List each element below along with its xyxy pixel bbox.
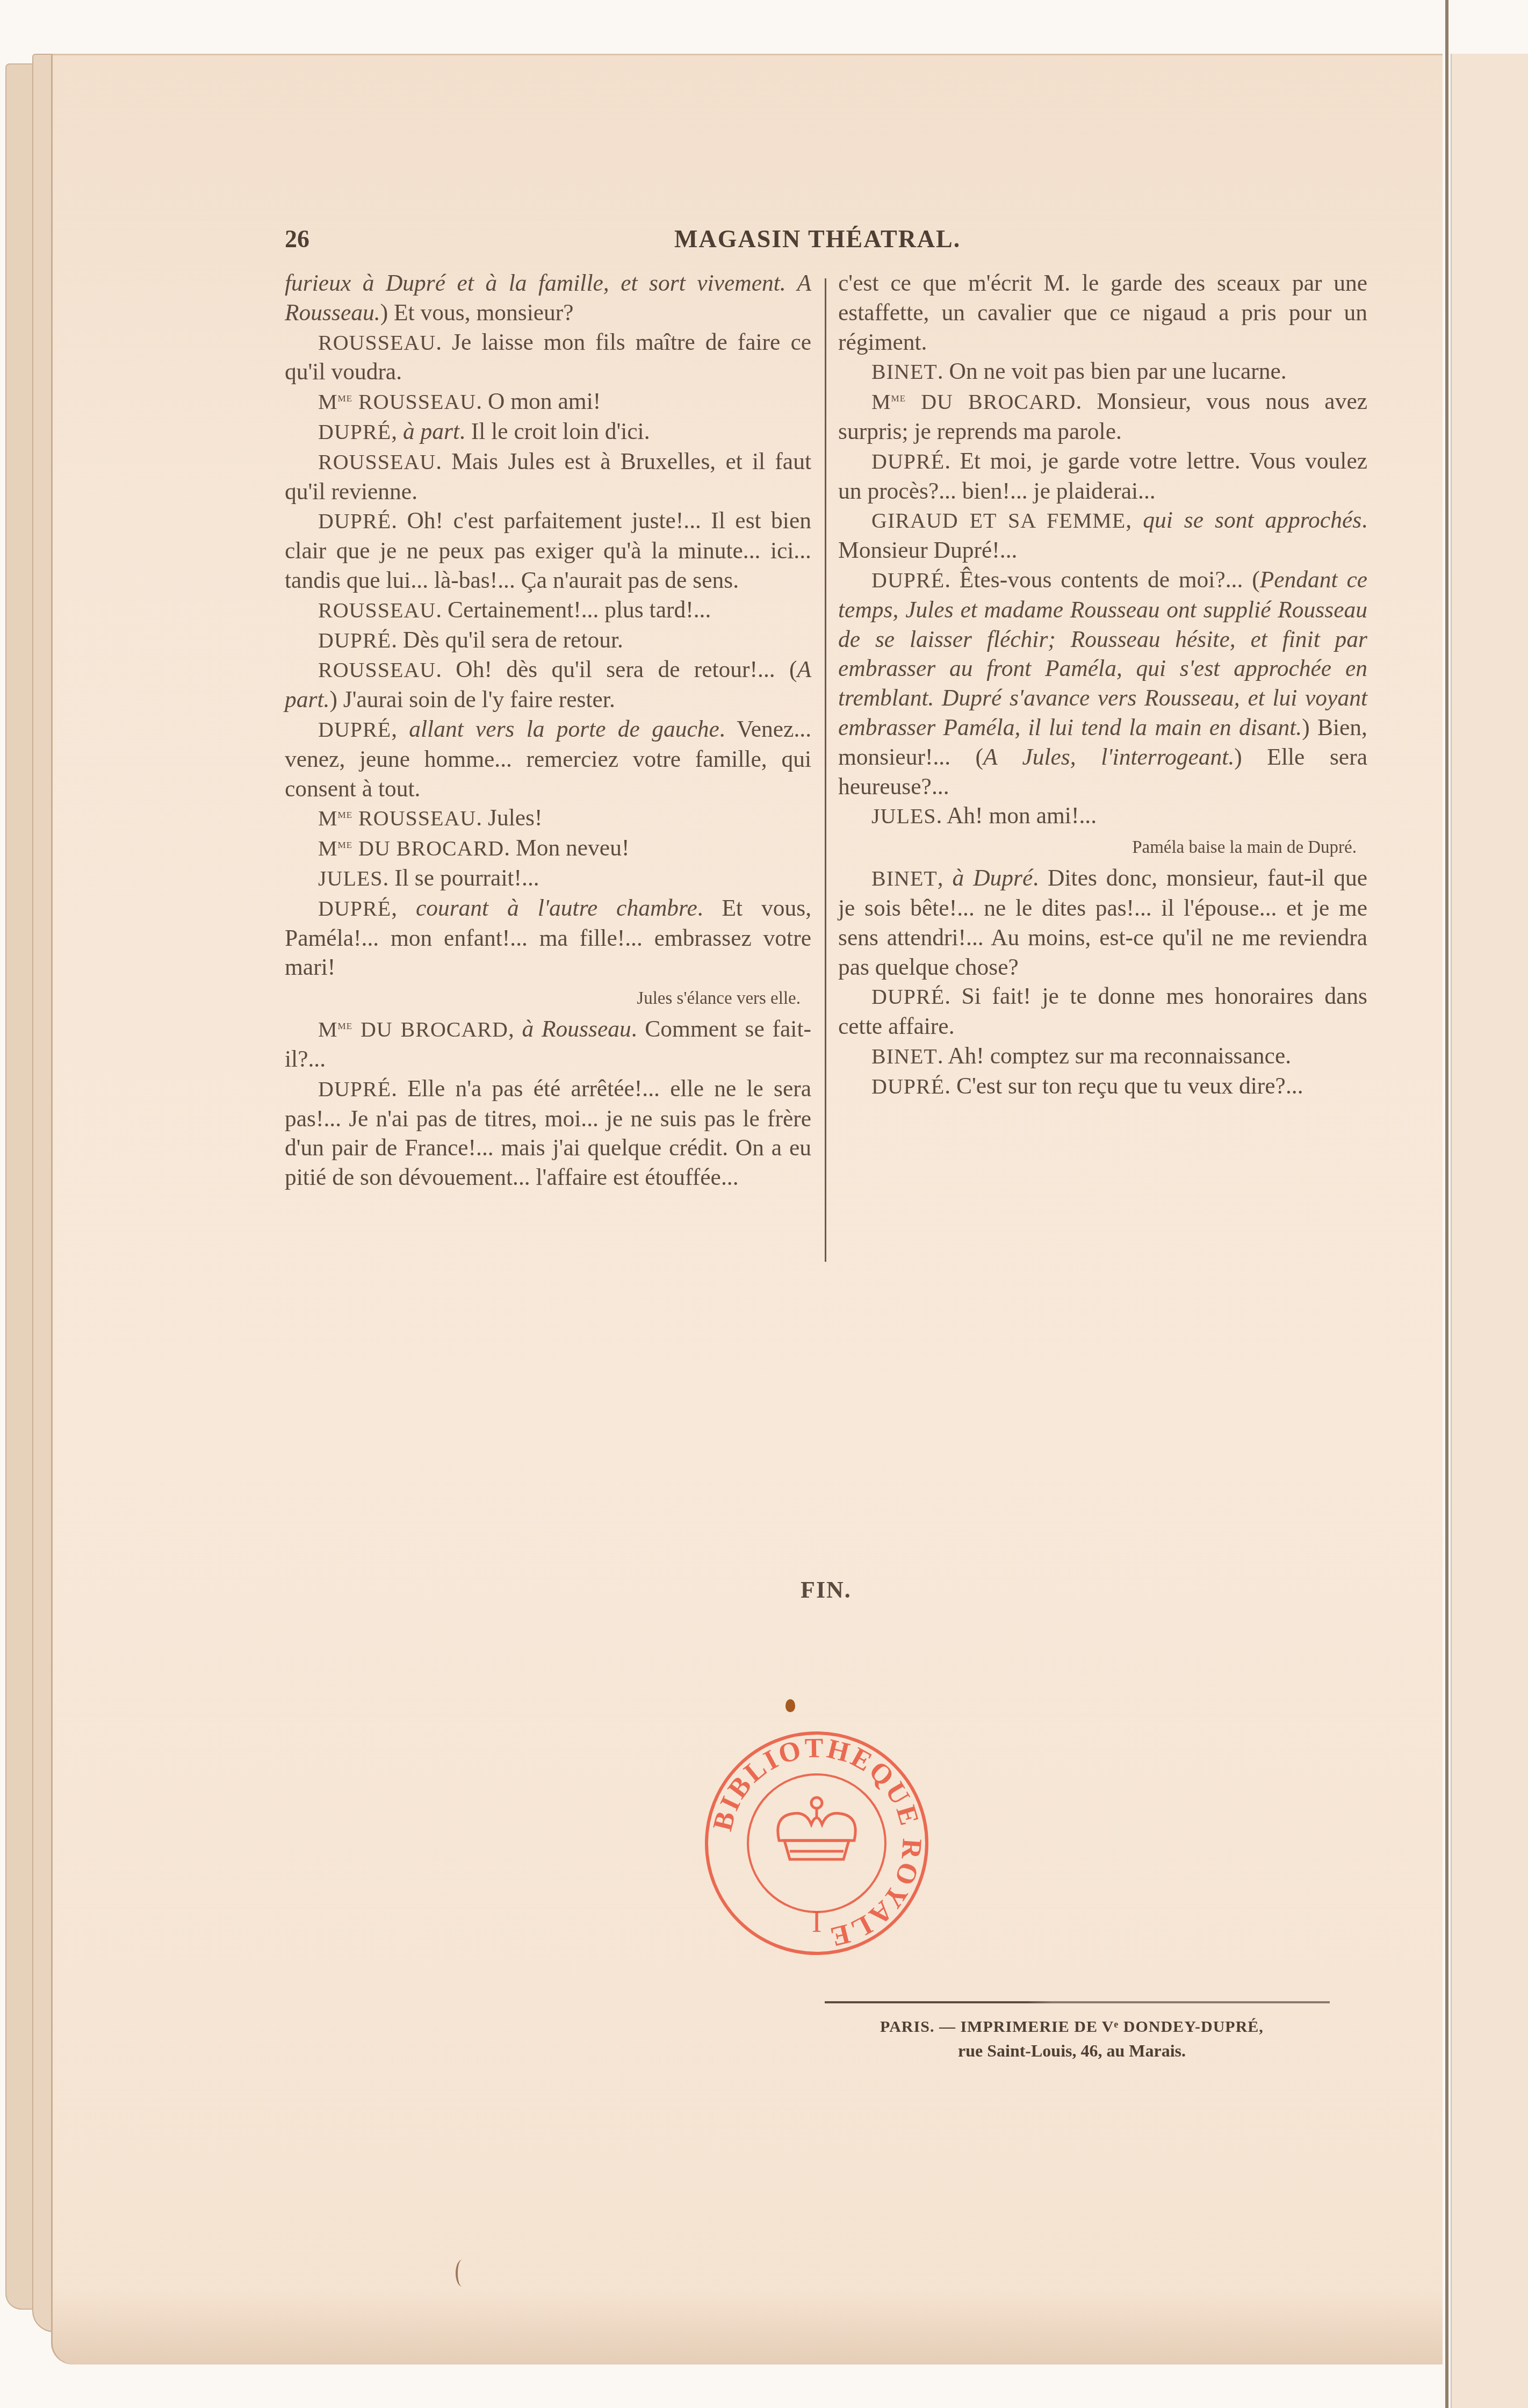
crown-icon: BIBLIOTHEQUE ROYALE I (698, 1725, 935, 1961)
right-column: c'est ce que m'écrit M. le garde des sce… (838, 269, 1367, 1102)
stage-direction: Pendant ce temps, Jules et madame Rousse… (838, 567, 1367, 741)
left-column: furieux à Dupré et à la famille, et sort… (285, 269, 811, 1192)
speech: DUPRÉ, allant vers la porte de gauche. V… (285, 715, 811, 803)
stage-note: Jules s'élance vers elle. (285, 982, 811, 1015)
speech: Mme DU BROCARD, à Rousseau. Comment se f… (285, 1015, 811, 1074)
speaker-name: Mme DU BROCARD (318, 1017, 508, 1041)
speech: DUPRÉ. Si fait! je te donne mes honorair… (838, 982, 1367, 1041)
speaker-name: Mme DU BROCARD (318, 836, 504, 860)
speaker-name: ROUSSEAU (318, 330, 436, 355)
imprint-line-2: rue Saint-Louis, 46, au Marais. (817, 2039, 1327, 2062)
speech: DUPRÉ. Et moi, je garde votre lettre. Vo… (838, 447, 1367, 506)
page-header: 26 MAGASIN THÉATRAL. (285, 225, 1365, 257)
speaker-name: ROUSSEAU (318, 450, 436, 474)
stage-direction: qui se sont approchés (1143, 507, 1361, 533)
speech: JULES. Il se pourrait!... (285, 864, 811, 894)
speaker-name: Mme ROUSSEAU (318, 806, 476, 830)
page-gutter-line (1445, 0, 1448, 2408)
column-divider (825, 278, 826, 1262)
fin-label: FIN. (801, 1576, 852, 1604)
speaker-name: DUPRÉ (871, 568, 945, 592)
stage-note: Paméla baise la main de Dupré. (838, 831, 1367, 864)
ink-spot (785, 1699, 795, 1712)
speech: DUPRÉ, courant à l'autre chambre. Et vou… (285, 894, 811, 982)
speech: DUPRÉ, à part. Il le croit loin d'ici. (285, 417, 811, 447)
dialogue-text: Monsieur Dupré!... (838, 537, 1017, 563)
page-number: 26 (285, 225, 309, 253)
paragraph: c'est ce que m'écrit M. le garde des sce… (838, 269, 1367, 357)
speech: ROUSSEAU. Certainement!... plus tard!... (285, 595, 811, 626)
dialogue-text: Mon neveu! (516, 835, 629, 861)
dialogue-text: Êtes-vous contents de moi?... (960, 567, 1243, 593)
speaker-name: JULES (318, 866, 383, 890)
speaker-name: DUPRÉ (318, 1077, 391, 1101)
speaker-name: GIRAUD ET SA FEMME (871, 508, 1126, 533)
speech: BINET, à Dupré. Dites donc, monsieur, fa… (838, 864, 1367, 982)
speech: DUPRÉ. C'est sur ton reçu que tu veux di… (838, 1072, 1367, 1102)
speech: DUPRÉ. Dès qu'il sera de retour. (285, 626, 811, 656)
speaker-name: BINET (871, 1044, 938, 1068)
speech: ROUSSEAU. Mais Jules est à Bruxelles, et… (285, 447, 811, 507)
stage-direction: courant à l'autre chambre (416, 895, 697, 921)
speech: Mme ROUSSEAU. O mon ami! (285, 387, 811, 417)
speaker-name: DUPRÉ (871, 984, 945, 1009)
dialogue-text: Certainement!... plus tard!... (448, 597, 711, 623)
running-title: MAGASIN THÉATRAL. (674, 225, 961, 253)
speech: ROUSSEAU. Je laisse mon fils maître de f… (285, 328, 811, 387)
dialogue-text: C'est sur ton reçu que tu veux dire?... (956, 1073, 1303, 1099)
svg-text:I: I (812, 1906, 822, 1939)
paragraph: furieux à Dupré et à la famille, et sort… (285, 269, 811, 328)
stage-direction: à Rousseau (522, 1016, 631, 1042)
dialogue-text: Ah! mon ami!... (947, 803, 1097, 829)
speaker-name: DUPRÉ (318, 717, 391, 742)
speech: DUPRÉ. Êtes-vous contents de moi?... (Pe… (838, 565, 1367, 801)
speech: BINET. Ah! comptez sur ma reconnaissance… (838, 1041, 1367, 1072)
dialogue-text: On ne voit pas bien par une lucarne. (949, 358, 1287, 384)
speaker-name: DUPRÉ (318, 628, 391, 652)
speaker-name: ROUSSEAU (318, 658, 436, 682)
dialogue-text: ) Et vous, monsieur? (380, 300, 574, 326)
speech: BINET. On ne voit pas bien par une lucar… (838, 357, 1367, 387)
speaker-name: JULES (871, 804, 936, 828)
printer-imprint: PARIS. — IMPRIMERIE DE Vᵉ DONDEY-DUPRÉ, … (817, 2015, 1327, 2062)
speech: Mme DU BROCARD. Mon neveu! (285, 833, 811, 864)
stage-direction: à part (403, 419, 459, 444)
dialogue-text: Dès qu'il sera de retour. (403, 627, 623, 653)
speaker-name: DUPRÉ (318, 896, 391, 921)
imprint-line-1: PARIS. — IMPRIMERIE DE Vᵉ DONDEY-DUPRÉ, (817, 2015, 1327, 2039)
speaker-name: BINET (871, 866, 938, 890)
dialogue-text: Jules! (488, 805, 543, 831)
speaker-name: BINET (871, 360, 938, 384)
speaker-name: Mme ROUSSEAU (318, 390, 476, 414)
dialogue-text: O mon ami! (488, 389, 601, 414)
library-stamp: BIBLIOTHEQUE ROYALE I (698, 1725, 935, 1961)
dialogue-text: c'est ce que m'écrit M. le garde des sce… (838, 270, 1367, 355)
speaker-name: Mme DU BROCARD (871, 390, 1076, 414)
speaker-name: ROUSSEAU (318, 598, 436, 622)
speaker-name: DUPRÉ (871, 1074, 945, 1098)
speech: DUPRÉ. Elle n'a pas été arrêtée!... elle… (285, 1074, 811, 1192)
adjacent-page-edge (1451, 54, 1528, 2408)
imprint-rule (825, 2001, 1330, 2003)
dialogue-text: Il le croit loin d'ici. (471, 419, 650, 444)
dialogue-text: Ah! comptez sur ma reconnaissance. (948, 1043, 1291, 1069)
stage-direction: à Dupré (953, 865, 1033, 891)
speaker-name: DUPRÉ (318, 420, 391, 444)
speaker-name: DUPRÉ (871, 449, 945, 473)
stage-direction: A Jules, l'interrogeant. (983, 744, 1234, 770)
dialogue-text: J'aurai soin de l'y faire rester. (343, 687, 615, 713)
speaker-name: DUPRÉ (318, 509, 391, 533)
dialogue-text: Oh! dès qu'il sera de retour!... (456, 657, 775, 682)
speech: ROUSSEAU. Oh! dès qu'il sera de retour!.… (285, 655, 811, 715)
speech: GIRAUD ET SA FEMME, qui se sont approché… (838, 506, 1367, 565)
dialogue-text: Il se pourrait!... (394, 865, 539, 891)
stage-direction: allant vers la porte de gauche (409, 716, 719, 742)
speech: Mme DU BROCARD. Monsieur, vous nous avez… (838, 387, 1367, 447)
speech: DUPRÉ. Oh! c'est parfaitement juste!... … (285, 506, 811, 595)
paper-mark (456, 2260, 469, 2287)
speech: Mme ROUSSEAU. Jules! (285, 803, 811, 833)
speech: JULES. Ah! mon ami!... (838, 801, 1367, 831)
